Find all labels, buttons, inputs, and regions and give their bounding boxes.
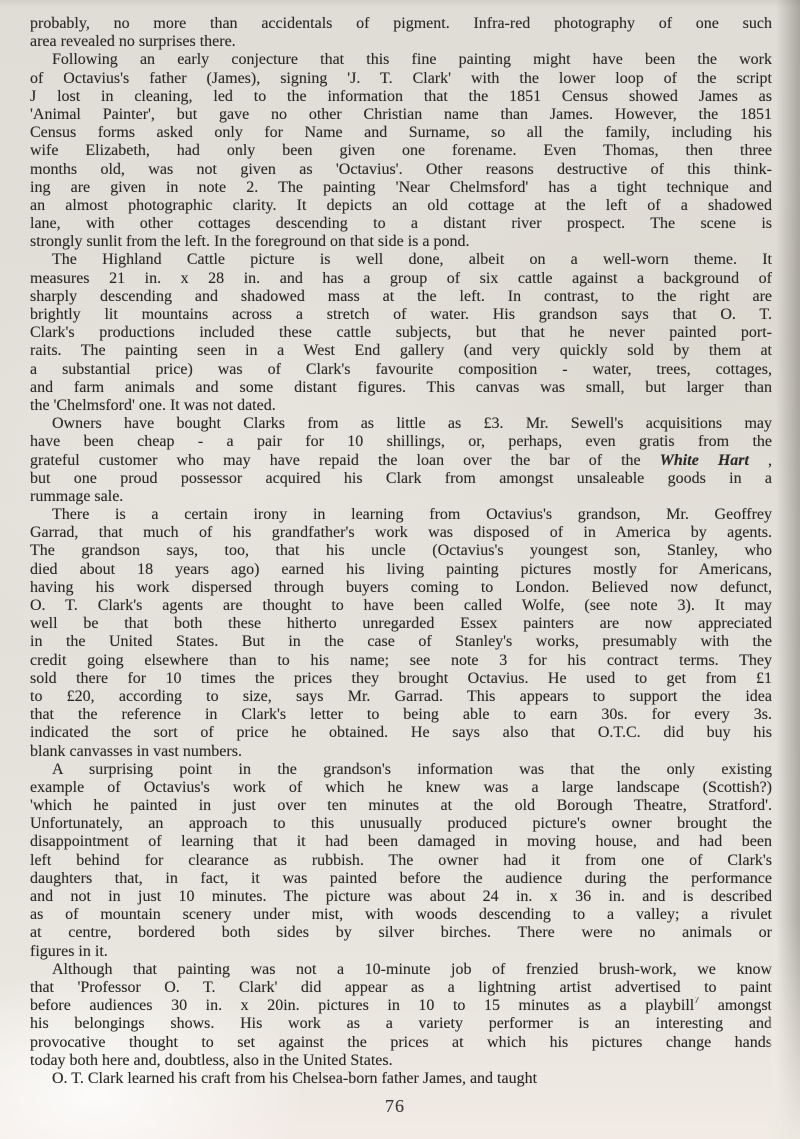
text-segment: credit going elsewhere than to his name;… xyxy=(30,652,772,669)
text-line: Following an early conjecture that this … xyxy=(30,51,772,69)
text-segment: left behind for clearance as rubbish. Th… xyxy=(30,852,772,869)
text-line: an almost photographic clarity. It depic… xyxy=(30,197,772,215)
text-segment: sold there for 10 times the prices they … xyxy=(30,670,772,687)
text-line: that the reference in Clark's letter to … xyxy=(30,706,772,724)
text-line: There is a certain irony in learning fro… xyxy=(30,506,772,524)
text-line: having his work dispersed through buyers… xyxy=(30,579,772,597)
text-line: example of Octavius's work of which he k… xyxy=(30,779,772,797)
text-line: Census forms asked only for Name and Sur… xyxy=(30,124,772,142)
text-line: lane, with other cottages descending to … xyxy=(30,215,772,233)
text-segment: and not in just 10 minutes. The picture … xyxy=(30,888,772,905)
text-segment: in the United States. But in the case of… xyxy=(30,633,772,650)
text-segment: to £20, according to size, says Mr. Garr… xyxy=(30,688,772,705)
text-line: strongly sunlit from the left. In the fo… xyxy=(30,233,772,251)
text-segment: died about 18 years ago) earned his livi… xyxy=(30,561,772,578)
text-line: 'which he painted in just over ten minut… xyxy=(30,797,772,815)
text-line: rummage sale. xyxy=(30,488,772,506)
text-line: the 'Chelmsford' one. It was not dated. xyxy=(30,397,772,415)
text-segment: sharply descending and shadowed mass at … xyxy=(30,288,772,305)
text-segment: Unfortunately, an approach to this unusu… xyxy=(30,815,772,832)
text-line: O. T. Clark learned his craft from his C… xyxy=(30,1070,772,1088)
text-segment: grateful customer who may have repaid th… xyxy=(30,452,660,469)
text-line: 'Animal Painter', but gave no other Chri… xyxy=(30,106,772,124)
text-line: months old, was not given as 'Octavius'.… xyxy=(30,161,772,179)
text-segment: area revealed no surprises there. xyxy=(30,33,236,50)
text-segment: , xyxy=(749,452,772,469)
text-segment: Owners have bought Clarks from as little… xyxy=(52,415,772,432)
text-line: wife Elizabeth, had only been given one … xyxy=(30,142,772,160)
text-line: sharply descending and shadowed mass at … xyxy=(30,288,772,306)
scan-edge-shadow xyxy=(776,0,800,1139)
text-segment: at centre, bordered both sides by silver… xyxy=(30,924,772,941)
text-segment: blank canvasses in vast numbers. xyxy=(30,743,242,760)
text-line: as of mountain scenery under mist, with … xyxy=(30,906,772,924)
text-line: left behind for clearance as rubbish. Th… xyxy=(30,852,772,870)
text-line: at centre, bordered both sides by silver… xyxy=(30,924,772,942)
text-line: The Highland Cattle picture is well done… xyxy=(30,251,772,269)
text-line: that 'Professor O. T. Clark' did appear … xyxy=(30,979,772,997)
text-line: before audiences 30 in. x 20in. pictures… xyxy=(30,997,772,1015)
text-line: indicated the sort of price he obtained.… xyxy=(30,724,772,742)
text-segment: having his work dispersed through buyers… xyxy=(30,579,772,596)
text-segment: A surprising point in the grandson's inf… xyxy=(52,761,772,778)
text-line: today both here and, doubtless, also in … xyxy=(30,1052,772,1070)
text-line: in the United States. But in the case of… xyxy=(30,633,772,651)
text-line: measures 21 in. x 28 in. and has a group… xyxy=(30,270,772,288)
text-segment: 'which he painted in just over ten minut… xyxy=(30,797,772,814)
text-segment: have been cheap - a pair for 10 shilling… xyxy=(30,433,772,450)
text-segment: Garrad, that much of his grandfather's w… xyxy=(30,524,772,541)
text-line: a substantial price) was of Clark's favo… xyxy=(30,361,772,379)
page-number: 76 xyxy=(0,1096,790,1117)
text-segment: wife Elizabeth, had only been given one … xyxy=(30,142,772,159)
scan-top-shadow xyxy=(0,0,800,8)
page-text: probably, no more than accidentals of pi… xyxy=(30,15,772,1088)
text-line: and not in just 10 minutes. The picture … xyxy=(30,888,772,906)
text-segment: O. T. Clark's agents are thought to have… xyxy=(30,597,772,614)
text-segment: ing are given in note 2. The painting 'N… xyxy=(30,179,772,196)
text-segment: of Octavius's father (James), signing 'J… xyxy=(30,70,772,87)
text-line: Owners have bought Clarks from as little… xyxy=(30,415,772,433)
text-segment: 'Animal Painter', but gave no other Chri… xyxy=(30,106,772,123)
text-line: figures in it. xyxy=(30,943,772,961)
text-line: The grandson says, too, that his uncle (… xyxy=(30,542,772,560)
text-line: daughters that, in fact, it was painted … xyxy=(30,870,772,888)
text-segment: figures in it. xyxy=(30,943,108,960)
text-line: area revealed no surprises there. xyxy=(30,33,772,51)
text-line: O. T. Clark's agents are thought to have… xyxy=(30,597,772,615)
text-segment: Following an early conjecture that this … xyxy=(52,51,772,68)
text-line: blank canvasses in vast numbers. xyxy=(30,743,772,761)
text-line: credit going elsewhere than to his name;… xyxy=(30,652,772,670)
text-line: provocative thought to set against the p… xyxy=(30,1034,772,1052)
text-segment: There is a certain irony in learning fro… xyxy=(52,506,772,523)
text-segment: O. T. Clark learned his craft from his C… xyxy=(52,1070,537,1087)
text-segment: the 'Chelmsford' one. It was not dated. xyxy=(30,397,276,414)
text-segment: an almost photographic clarity. It depic… xyxy=(30,197,772,214)
text-line: Unfortunately, an approach to this unusu… xyxy=(30,815,772,833)
text-segment: lane, with other cottages descending to … xyxy=(30,215,772,232)
text-line: have been cheap - a pair for 10 shilling… xyxy=(30,433,772,451)
italic-text: White Hart xyxy=(660,452,749,469)
text-segment: The Highland Cattle picture is well done… xyxy=(52,251,772,268)
text-segment: rummage sale. xyxy=(30,488,123,505)
text-line: disappointment of learning that it had b… xyxy=(30,833,772,851)
text-segment: provocative thought to set against the p… xyxy=(30,1034,772,1051)
text-line: Garrad, that much of his grandfather's w… xyxy=(30,524,772,542)
text-line: brightly lit mountains across a stretch … xyxy=(30,306,772,324)
text-segment: measures 21 in. x 28 in. and has a group… xyxy=(30,270,772,287)
text-segment: as of mountain scenery under mist, with … xyxy=(30,906,772,923)
scanned-page: probably, no more than accidentals of pi… xyxy=(0,0,800,1139)
text-segment: The grandson says, too, that his uncle (… xyxy=(30,542,772,559)
text-segment: Census forms asked only for Name and Sur… xyxy=(30,124,772,141)
text-line: to £20, according to size, says Mr. Garr… xyxy=(30,688,772,706)
text-segment: that the reference in Clark's letter to … xyxy=(30,706,772,723)
text-segment: J lost in cleaning, led to the informati… xyxy=(30,88,772,105)
text-line: and farm animals and some distant figure… xyxy=(30,379,772,397)
text-line: Clark's productions included these cattl… xyxy=(30,324,772,342)
text-segment: but one proud possessor acquired his Cla… xyxy=(30,470,772,487)
text-line: A surprising point in the grandson's inf… xyxy=(30,761,772,779)
text-line: probably, no more than accidentals of pi… xyxy=(30,15,772,33)
text-segment: a substantial price) was of Clark's favo… xyxy=(30,361,772,378)
text-segment: disappointment of learning that it had b… xyxy=(30,833,772,850)
text-line: but one proud possessor acquired his Cla… xyxy=(30,470,772,488)
text-line: well be that both these hitherto unregar… xyxy=(30,615,772,633)
text-segment: brightly lit mountains across a stretch … xyxy=(30,306,772,323)
text-line: Although that painting was not a 10-minu… xyxy=(30,961,772,979)
text-line: of Octavius's father (James), signing 'J… xyxy=(30,70,772,88)
text-segment: Although that painting was not a 10-minu… xyxy=(52,961,772,978)
text-segment: before audiences 30 in. x 20in. pictures… xyxy=(30,997,694,1014)
text-segment: strongly sunlit from the left. In the fo… xyxy=(30,233,469,250)
footnote-marker: 7 xyxy=(694,997,699,1006)
text-segment: amongst xyxy=(699,997,772,1014)
text-line: grateful customer who may have repaid th… xyxy=(30,452,772,470)
text-segment: and farm animals and some distant figure… xyxy=(30,379,772,396)
text-line: his belongings shows. His work as a vari… xyxy=(30,1015,772,1033)
text-segment: daughters that, in fact, it was painted … xyxy=(30,870,772,887)
text-line: ing are given in note 2. The painting 'N… xyxy=(30,179,772,197)
text-line: raits. The painting seen in a West End g… xyxy=(30,342,772,360)
text-line: sold there for 10 times the prices they … xyxy=(30,670,772,688)
text-segment: Clark's productions included these cattl… xyxy=(30,324,772,341)
text-segment: indicated the sort of price he obtained.… xyxy=(30,724,772,741)
text-line: died about 18 years ago) earned his livi… xyxy=(30,561,772,579)
text-segment: months old, was not given as 'Octavius'.… xyxy=(30,161,772,178)
text-segment: well be that both these hitherto unregar… xyxy=(30,615,772,632)
text-segment: probably, no more than accidentals of pi… xyxy=(30,15,772,32)
text-line: J lost in cleaning, led to the informati… xyxy=(30,88,772,106)
text-segment: example of Octavius's work of which he k… xyxy=(30,779,772,796)
text-segment: raits. The painting seen in a West End g… xyxy=(30,342,772,359)
text-segment: that 'Professor O. T. Clark' did appear … xyxy=(30,979,772,996)
text-segment: his belongings shows. His work as a vari… xyxy=(30,1015,772,1032)
text-segment: today both here and, doubtless, also in … xyxy=(30,1052,393,1069)
